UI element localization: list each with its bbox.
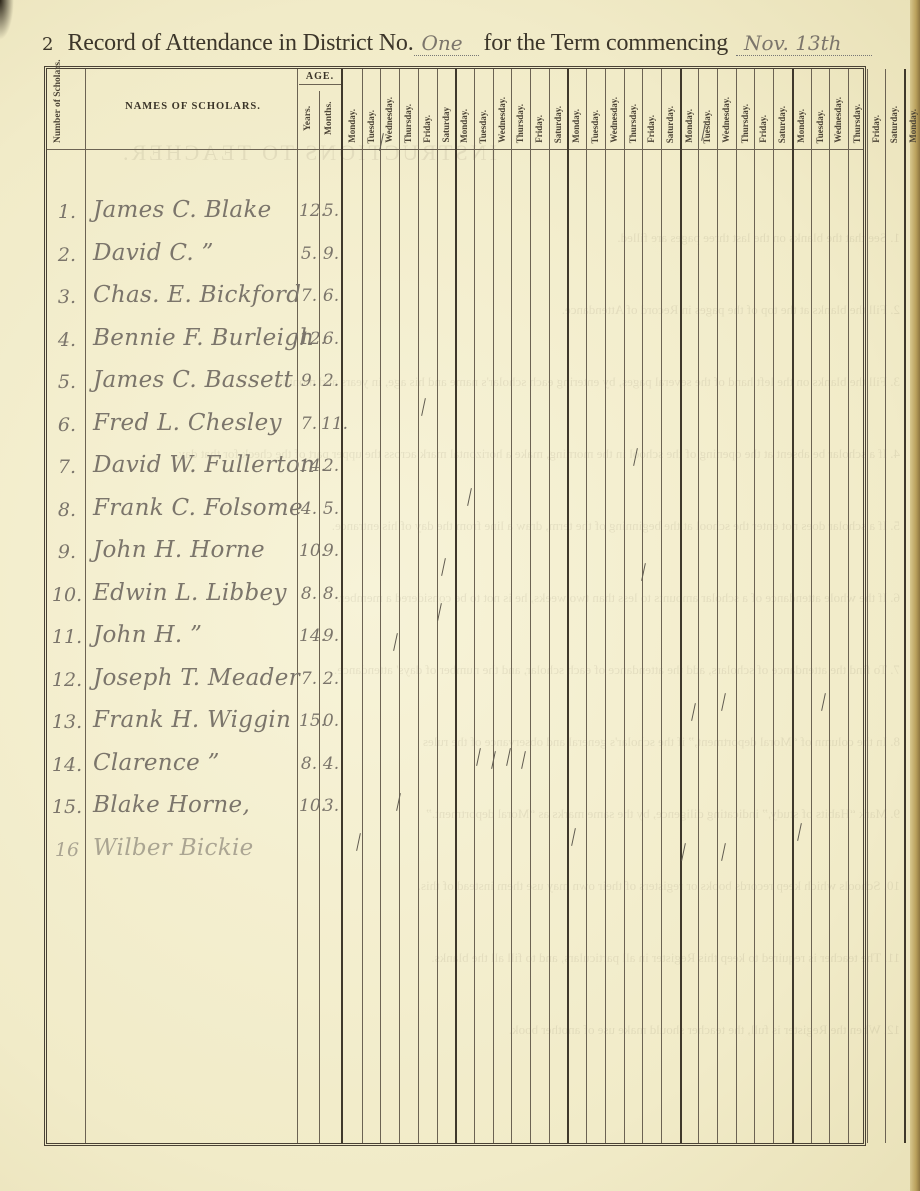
attendance-mark xyxy=(721,843,726,861)
age-months: 3. xyxy=(321,796,341,816)
scholar-name: Bennie F. Burleigh xyxy=(93,325,314,351)
day-column-divider xyxy=(848,69,849,1143)
scholar-name: Clarence ” xyxy=(93,750,220,776)
age-months: 5. xyxy=(321,201,341,221)
day-label: Saturday. xyxy=(777,106,787,143)
day-header: Friday. xyxy=(418,71,436,143)
day-header: Thursday. xyxy=(399,71,417,143)
scholar-number: 9. xyxy=(49,541,85,563)
day-column-divider xyxy=(362,69,363,1143)
scholar-name: John H. ” xyxy=(93,622,202,648)
day-header: Tuesday. xyxy=(698,71,716,143)
attendance-mark xyxy=(691,703,696,721)
scholar-row: 4.Bennie F. Burleigh12.6. xyxy=(47,317,341,361)
day-label: Friday. xyxy=(646,115,656,143)
day-label: Thursday. xyxy=(403,104,413,143)
day-column-divider xyxy=(511,69,512,1143)
attendance-mark xyxy=(681,843,686,861)
day-column-divider xyxy=(493,69,494,1143)
day-header: Thursday. xyxy=(848,71,866,143)
day-header: Tuesday. xyxy=(474,71,492,143)
day-label: Wednesday. xyxy=(384,97,394,143)
day-column-divider xyxy=(549,69,550,1143)
attendance-mark xyxy=(467,488,472,506)
scholar-number: 4. xyxy=(49,329,85,351)
scholar-row: 6.Fred L. Chesley7.11. xyxy=(47,402,341,446)
scholar-number: 2. xyxy=(49,244,85,266)
age-months: 9. xyxy=(321,626,341,646)
age-years: 4. xyxy=(299,499,319,519)
day-header: Wednesday. xyxy=(717,71,735,143)
scholar-name: Joseph T. Meader xyxy=(93,665,300,691)
scholar-number: 13. xyxy=(49,711,85,733)
attendance-register-table: Number of Scholars. NAMES OF SCHOLARS. A… xyxy=(44,66,866,1146)
day-header: Saturday. xyxy=(773,71,791,143)
age-years: 12. xyxy=(299,201,319,221)
day-column-divider xyxy=(680,69,682,1143)
attendance-mark xyxy=(393,633,398,651)
day-column-divider xyxy=(624,69,625,1143)
district-number-field: One xyxy=(414,31,480,56)
day-label: Saturday xyxy=(441,107,451,143)
day-header: Thursday. xyxy=(511,71,529,143)
age-months: 4. xyxy=(321,754,341,774)
age-years: 15. xyxy=(299,711,319,731)
scholar-name: David C. ” xyxy=(93,240,214,266)
age-years: 14. xyxy=(299,456,319,476)
day-column-divider xyxy=(642,69,643,1143)
attendance-mark xyxy=(506,748,511,766)
months-header: Months. xyxy=(324,93,338,143)
age-years: 7. xyxy=(299,669,319,689)
age-header: AGE. xyxy=(299,71,341,85)
day-label: Friday. xyxy=(422,115,432,143)
age-months: 2. xyxy=(321,669,341,689)
day-label: Monday. xyxy=(459,109,469,143)
number-of-scholars-header: Number of Scholars. xyxy=(53,77,81,143)
attendance-mark xyxy=(571,828,576,846)
day-header: Saturday. xyxy=(661,71,679,143)
scholar-name: Frank H. Wiggin xyxy=(93,707,291,733)
scholar-number: 8. xyxy=(49,499,85,521)
day-label: Monday. xyxy=(347,109,357,143)
attendance-mark xyxy=(821,693,826,711)
day-label: Monday. xyxy=(684,109,694,143)
scholar-row: 14.Clarence ”8.4. xyxy=(47,742,341,786)
day-column-divider xyxy=(773,69,774,1143)
day-label: Saturday. xyxy=(553,106,563,143)
title-prefix: Record of Attendance in District No. xyxy=(67,30,413,57)
day-label: Thursday. xyxy=(515,104,525,143)
attendance-mark xyxy=(421,398,426,416)
day-column-divider xyxy=(754,69,755,1143)
day-column-divider xyxy=(904,69,906,1143)
day-column-divider xyxy=(698,69,699,1143)
age-months: 11. xyxy=(321,414,341,434)
day-header: Wednesday. xyxy=(605,71,623,143)
day-column-divider xyxy=(829,69,830,1143)
scholar-name: Edwin L. Libbey xyxy=(93,580,287,606)
column-divider xyxy=(341,69,343,1143)
day-header: Friday. xyxy=(754,71,772,143)
page-header: 2 Record of Attendance in District No. O… xyxy=(42,30,872,66)
scholar-name: John H. Horne xyxy=(93,537,265,563)
age-years: 7. xyxy=(299,414,319,434)
day-label: Wednesday. xyxy=(609,97,619,143)
day-label: Tuesday. xyxy=(815,110,825,143)
age-months: 9. xyxy=(321,541,341,561)
day-column-divider xyxy=(717,69,718,1143)
day-label: Tuesday. xyxy=(366,110,376,143)
names-of-scholars-header: NAMES OF SCHOLARS. xyxy=(87,101,299,112)
age-years: 5. xyxy=(299,244,319,264)
scholar-name: Fred L. Chesley xyxy=(93,410,282,436)
term-start-field: Nov. 13th xyxy=(736,31,872,56)
day-header: Monday. xyxy=(680,71,698,143)
age-months: 2. xyxy=(321,456,341,476)
day-header: Monday. xyxy=(343,71,361,143)
scholar-number: 6. xyxy=(49,414,85,436)
day-column-divider xyxy=(736,69,737,1143)
day-column-divider xyxy=(380,69,381,1143)
scholar-number: 10. xyxy=(49,584,85,606)
page-number: 2 xyxy=(42,34,53,55)
day-column-divider xyxy=(474,69,475,1143)
scholar-row: 15.Blake Horne,10.3. xyxy=(47,784,341,828)
day-header: Saturday. xyxy=(549,71,567,143)
age-years: 10. xyxy=(299,541,319,561)
age-months: 6. xyxy=(321,286,341,306)
scholar-row: 16Wilber Bickie xyxy=(47,827,341,871)
day-header: Wednesday. xyxy=(829,71,847,143)
day-column-divider xyxy=(605,69,606,1143)
day-header: Monday. xyxy=(904,71,920,143)
day-column-divider xyxy=(811,69,812,1143)
scholar-number: 15. xyxy=(49,796,85,818)
scholar-number: 7. xyxy=(49,456,85,478)
day-label: Monday. xyxy=(796,109,806,143)
age-years: 10. xyxy=(299,796,319,816)
day-column-divider xyxy=(792,69,794,1143)
attendance-mark xyxy=(437,603,442,621)
day-label: Wednesday. xyxy=(721,97,731,143)
day-header: Tuesday. xyxy=(362,71,380,143)
page-corner-shadow xyxy=(0,0,14,40)
age-years: 8. xyxy=(299,584,319,604)
day-label: Saturday. xyxy=(889,106,899,143)
attendance-mark xyxy=(476,748,481,766)
day-label: Friday. xyxy=(534,115,544,143)
day-column-divider xyxy=(455,69,457,1143)
age-months: 9. xyxy=(321,244,341,264)
day-column-divider xyxy=(418,69,419,1143)
age-months: 2. xyxy=(321,371,341,391)
day-header: Saturday. xyxy=(885,71,903,143)
age-months: 5. xyxy=(321,499,341,519)
scholar-row: 1.James C. Blake12.5. xyxy=(47,189,341,233)
scholar-row: 8.Frank C. Folsome4.5. xyxy=(47,487,341,531)
day-header: Friday. xyxy=(642,71,660,143)
attendance-mark xyxy=(521,751,526,769)
age-years: 8. xyxy=(299,754,319,774)
day-label: Wednesday. xyxy=(497,97,507,143)
age-months: 6. xyxy=(321,329,341,349)
day-column-divider xyxy=(437,69,438,1143)
scholar-name: Chas. E. Bickford xyxy=(93,282,301,308)
day-label: Friday. xyxy=(758,115,768,143)
day-header: Friday. xyxy=(867,71,885,143)
day-label: Monday. xyxy=(908,109,918,143)
scholar-name: Wilber Bickie xyxy=(93,835,254,861)
day-header: Tuesday. xyxy=(811,71,829,143)
day-column-divider xyxy=(885,69,886,1143)
scholar-name: Blake Horne, xyxy=(93,792,250,818)
scholar-row: 3.Chas. E. Bickford7.6. xyxy=(47,274,341,318)
day-column-divider xyxy=(867,69,868,1143)
age-years: 9. xyxy=(299,371,319,391)
day-header: Thursday. xyxy=(736,71,754,143)
scholar-row: 10.Edwin L. Libbey8.8. xyxy=(47,572,341,616)
title-middle: for the Term commencing xyxy=(483,30,728,57)
scholar-name: James C. Blake xyxy=(93,197,272,223)
age-years: 14. xyxy=(299,626,319,646)
scholar-number: 3. xyxy=(49,286,85,308)
scholar-row: 11.John H. ”14.9. xyxy=(47,614,341,658)
attendance-mark xyxy=(633,448,638,466)
attendance-mark xyxy=(356,833,361,851)
day-header: Monday. xyxy=(792,71,810,143)
day-label: Tuesday. xyxy=(590,110,600,143)
scholar-number: 14. xyxy=(49,754,85,776)
attendance-mark xyxy=(441,558,446,576)
attendance-mark xyxy=(721,693,726,711)
day-label: Friday. xyxy=(871,115,881,143)
day-label: Monday. xyxy=(571,109,581,143)
day-label: Tuesday. xyxy=(478,110,488,143)
scholar-row: 12.Joseph T. Meader7.2. xyxy=(47,657,341,701)
age-years: 12. xyxy=(299,329,319,349)
day-header: Wednesday. xyxy=(493,71,511,143)
day-column-divider xyxy=(399,69,400,1143)
day-column-divider xyxy=(586,69,587,1143)
day-header: Monday. xyxy=(455,71,473,143)
day-label: Thursday. xyxy=(852,104,862,143)
scholar-number: 16 xyxy=(49,839,85,861)
day-header: Monday. xyxy=(567,71,585,143)
day-header: Friday. xyxy=(530,71,548,143)
age-months: 0. xyxy=(321,711,341,731)
day-label: Thursday. xyxy=(628,104,638,143)
scholar-number: 1. xyxy=(49,201,85,223)
scholar-number: 12. xyxy=(49,669,85,691)
scholar-row: 9.John H. Horne10.9. xyxy=(47,529,341,573)
scholar-name: James C. Bassett xyxy=(93,367,293,393)
day-column-divider xyxy=(661,69,662,1143)
age-months: 8. xyxy=(321,584,341,604)
scholar-row: 13.Frank H. Wiggin15.0. xyxy=(47,699,341,743)
age-years: 7. xyxy=(299,286,319,306)
scholar-name: David W. Fullerton xyxy=(93,452,315,478)
scholar-name: Frank C. Folsome xyxy=(93,495,303,521)
book-spine xyxy=(910,0,920,1191)
scholar-row: 7.David W. Fullerton14.2. xyxy=(47,444,341,488)
scholar-row: 5.James C. Bassett9.2. xyxy=(47,359,341,403)
scholar-number: 11. xyxy=(49,626,85,648)
day-column-divider xyxy=(567,69,569,1143)
attendance-mark xyxy=(797,823,802,841)
day-header: Tuesday. xyxy=(586,71,604,143)
day-label: Wednesday. xyxy=(833,97,843,143)
scholar-number: 5. xyxy=(49,371,85,393)
day-label: Thursday. xyxy=(740,104,750,143)
scholar-row: 2.David C. ”5.9. xyxy=(47,232,341,276)
day-column-divider xyxy=(530,69,531,1143)
day-header: Saturday xyxy=(437,71,455,143)
day-header: Thursday. xyxy=(624,71,642,143)
day-label: Saturday. xyxy=(665,106,675,143)
years-header: Years. xyxy=(303,93,317,143)
